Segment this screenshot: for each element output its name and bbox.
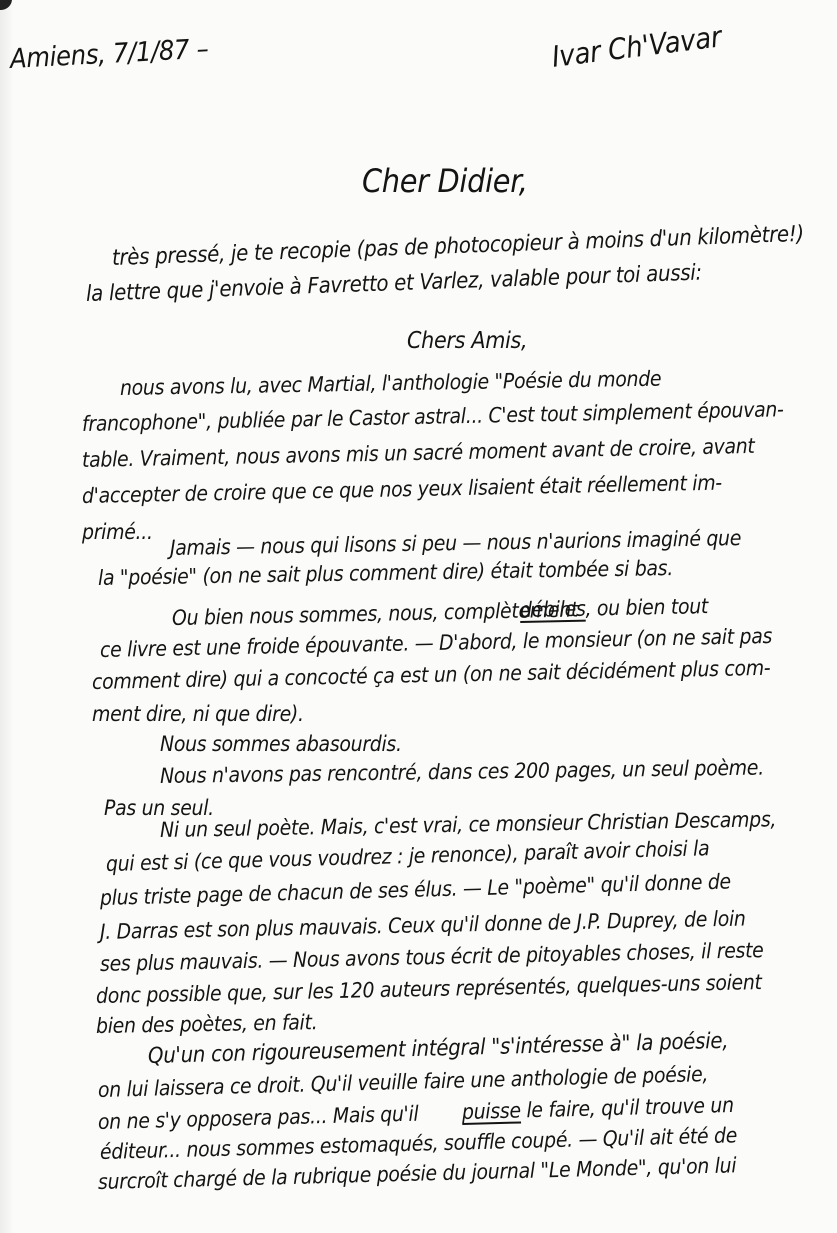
letter-page: Amiens, 7/1/87 – Ivar Ch'Vavar Cher Didi…	[0, 0, 837, 1233]
body-line: Ou bien nous sommes, nous, complètement	[172, 597, 578, 629]
letter-date: Amiens, 7/1/87 –	[9, 34, 209, 75]
underlined-puisse: puisse le faire, qu'il trouve un	[462, 1093, 734, 1124]
body-line: Jamais — nous qui lisons si peu — nous n…	[170, 526, 741, 560]
underlined-word: puisse	[462, 1098, 521, 1124]
body-line: primé...	[82, 520, 153, 544]
body-line: bien des poètes, en fait.	[96, 1010, 318, 1038]
body-line: Nous n'avons pas rencontré, dans ces 200…	[160, 756, 764, 788]
author-name: Ivar Ch'Vavar	[550, 19, 723, 73]
body-line: on ne s'y opposera pas... Mais qu'il	[98, 1102, 419, 1134]
underlined-debiles: débiles, ou bien tout	[520, 594, 708, 622]
body-line: table. Vraiment, nous avons mis un sacré…	[82, 434, 755, 472]
binding-hole	[0, 0, 12, 10]
body-line: qui est si (ce que vous voudrez : je ren…	[106, 836, 710, 876]
inner-salutation: Chers Amis,	[407, 328, 527, 354]
body-line: d'accepter de croire que ce que nos yeux…	[82, 471, 722, 508]
body-line: J. Darras est son plus mauvais. Ceux qu'…	[100, 906, 746, 944]
body-line: donc possible que, sur les 120 auteurs r…	[96, 970, 762, 1008]
body-line: ses plus mauvais. — Nous avons tous écri…	[100, 938, 764, 976]
salutation: Cher Didier,	[362, 162, 528, 200]
body-line: nous avons lu, avec Martial, l'anthologi…	[120, 367, 662, 400]
body-line: ment dire, ni que dire).	[92, 702, 304, 726]
body-line: francophone", publiée par le Castor astr…	[82, 397, 784, 436]
body-line: ce livre est une froide épouvante. — D'a…	[100, 624, 773, 662]
underlined-word: débiles	[520, 597, 586, 622]
body-line: la "poésie" (on ne sait plus comment dir…	[98, 556, 673, 590]
body-line: Nous sommes abasourdis.	[160, 732, 402, 756]
body-line: comment dire) qui a concocté ça est un (…	[92, 656, 771, 694]
body-line: plus triste page de chacun de ses élus. …	[100, 869, 731, 910]
